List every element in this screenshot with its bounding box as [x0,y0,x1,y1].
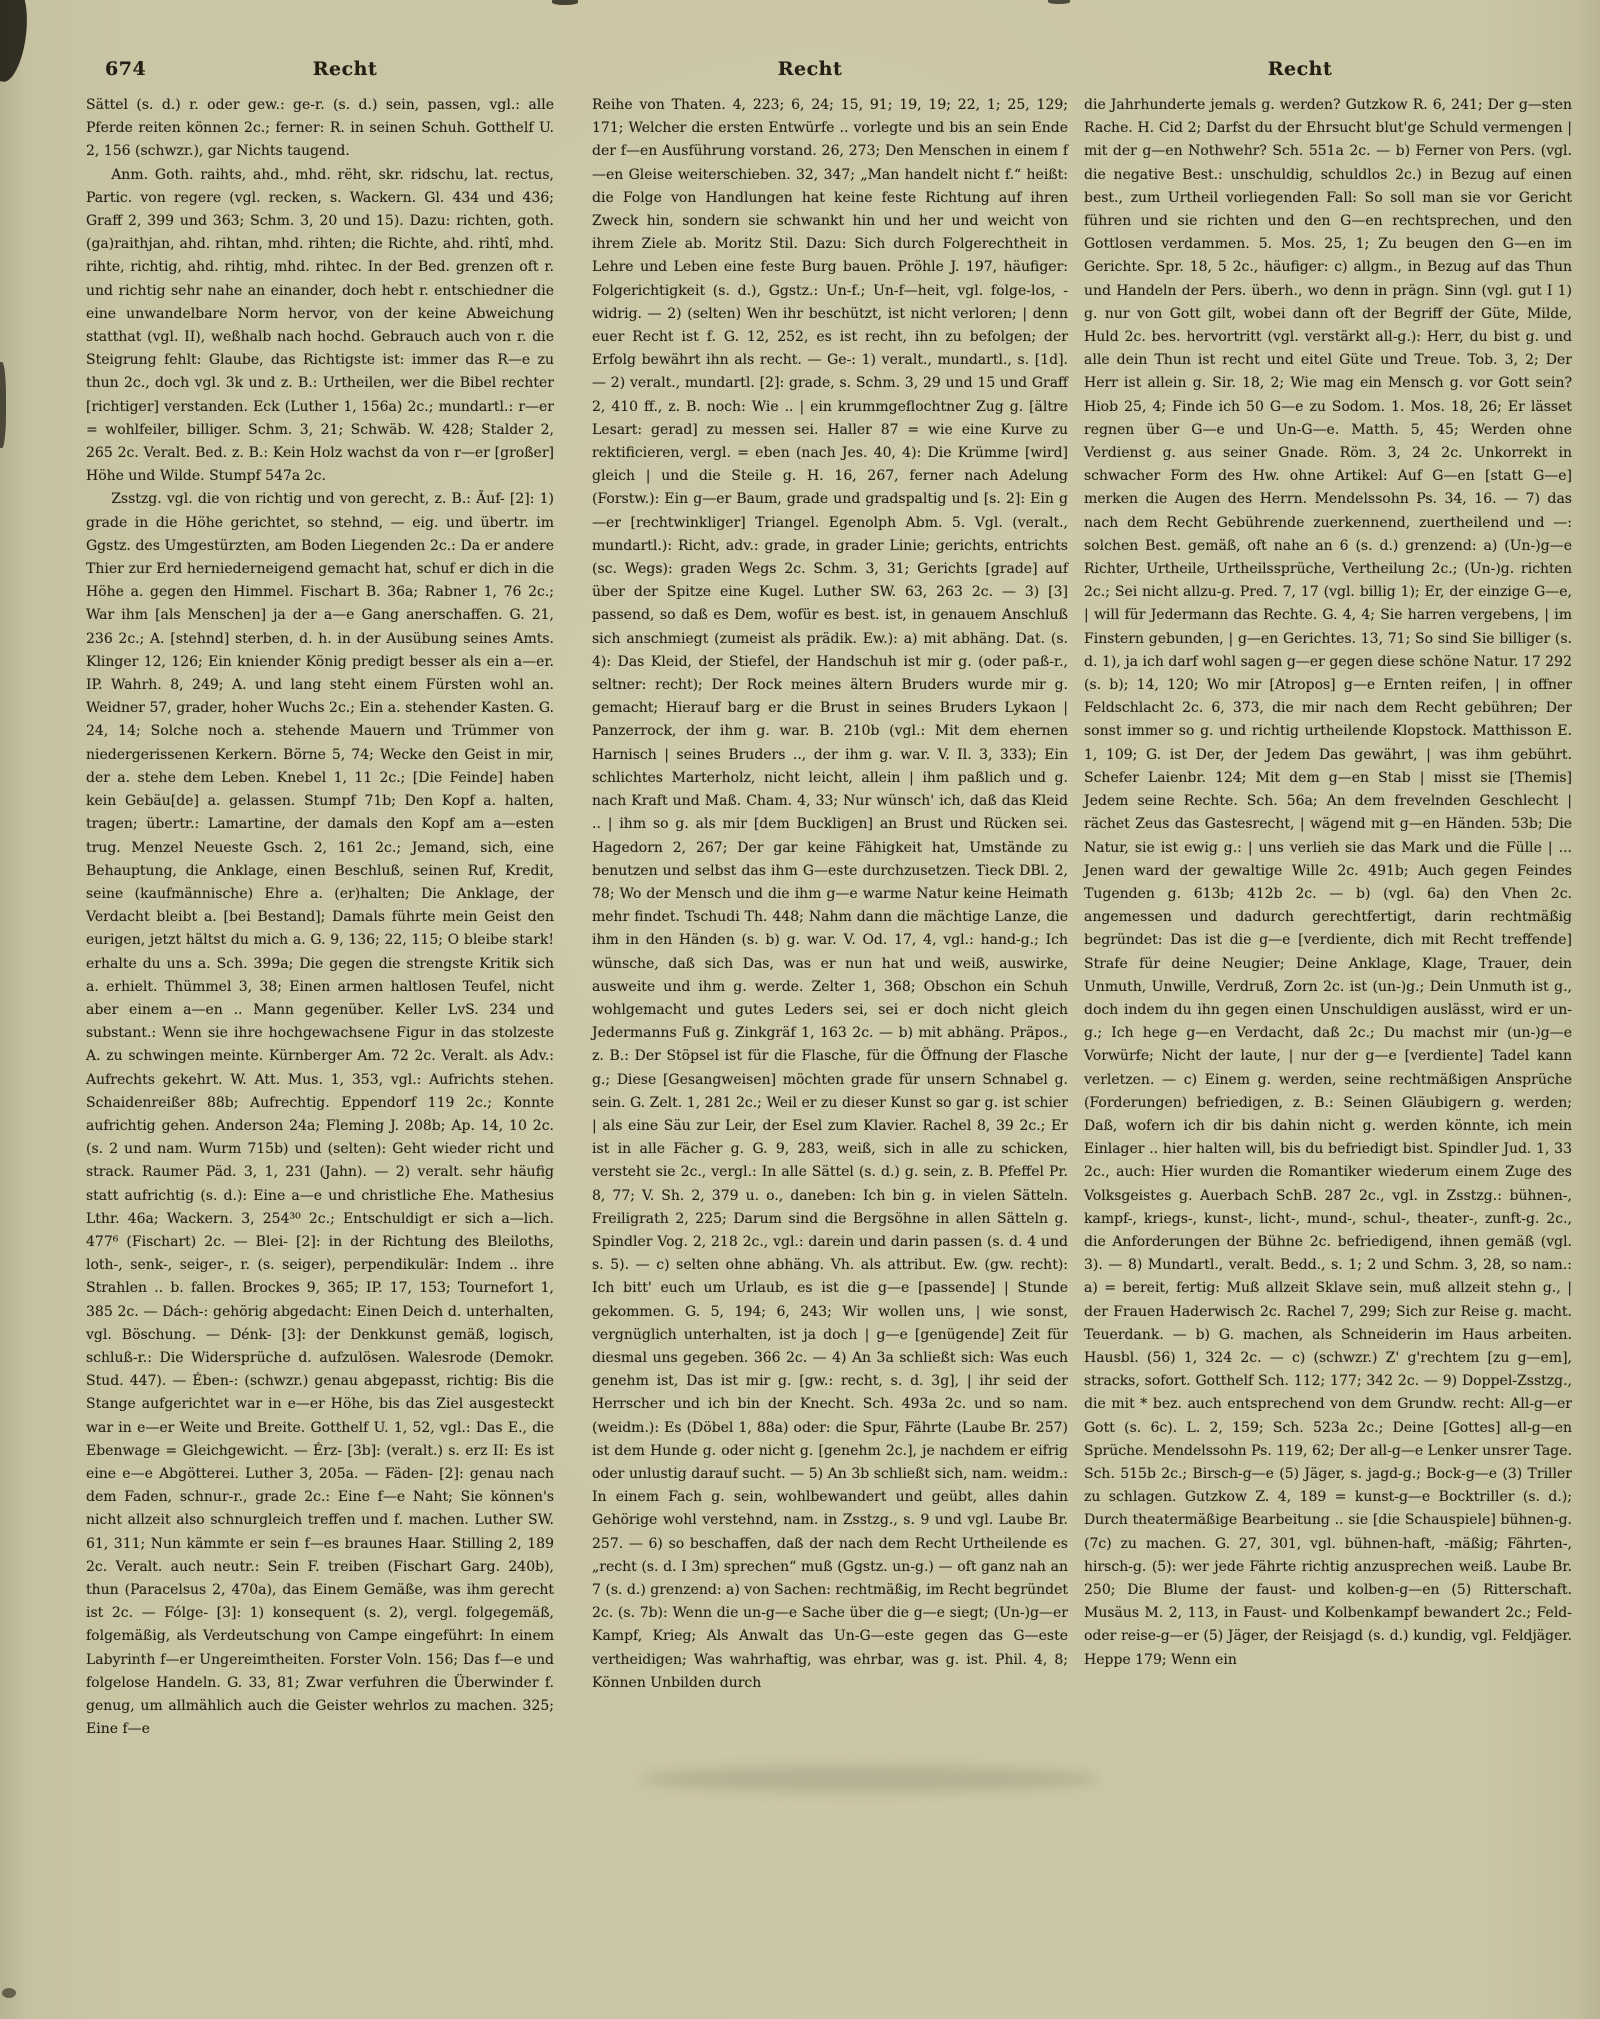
page-number: 674 [105,56,165,82]
text-column-3: die Jahrhunderte jemals g. werden? Gutzk… [1084,94,1572,1672]
running-head-column-1: Recht [240,56,450,82]
paragraph: Reihe von Thaten. 4, 223; 6, 24; 15, 91;… [592,94,1068,1695]
ink-smudge-top-left [0,0,33,84]
running-head-column-2: Recht [705,56,915,82]
text-column-2: Reihe von Thaten. 4, 223; 6, 24; 15, 91;… [592,94,1068,1695]
paragraph: Anm. Goth. raihts, ahd., mhd. rëht, skr.… [86,164,554,489]
ink-mark-top-edge [1048,0,1070,4]
paragraph: Zsstzg. vgl. die von richtig und von ger… [86,488,554,1741]
paragraph: Sättel (s. d.) r. oder gew.: ge-r. (s. d… [86,94,554,164]
scanned-dictionary-page: 674 Recht Recht Recht Sättel (s. d.) r. … [0,0,1600,2019]
ink-speck-bottom-left [2,1988,16,1998]
text-column-1: Sättel (s. d.) r. oder gew.: ge-r. (s. d… [86,94,554,1741]
ink-mark-top-edge [552,0,578,5]
page-show-through [640,1766,1100,1792]
ink-smudge-left-edge [0,362,6,448]
paragraph: die Jahrhunderte jemals g. werden? Gutzk… [1084,94,1572,1672]
running-head-column-3: Recht [1195,56,1405,82]
